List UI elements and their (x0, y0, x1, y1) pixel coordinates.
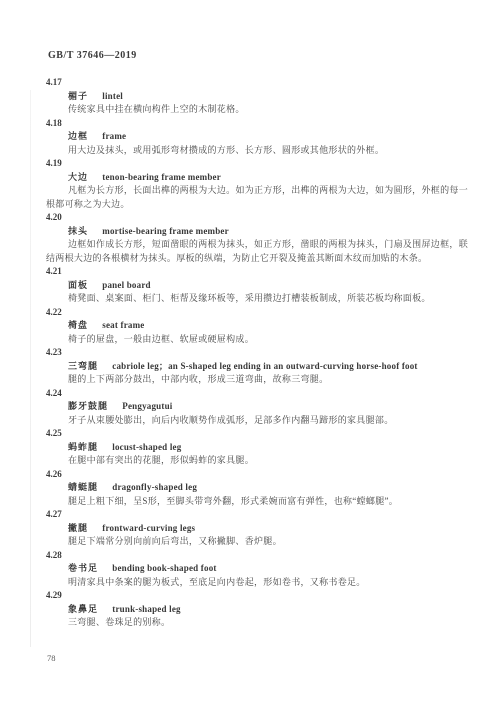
term-definition: 腿的上下两部分鼓出，中部内收，形成三道弯曲，故称三弯腿。 (46, 373, 468, 387)
term-english: lintel (102, 91, 123, 101)
term-title: 抹头 mortise-bearing frame member (68, 225, 468, 239)
term-number: 4.18 (46, 117, 468, 131)
term-number: 4.21 (46, 265, 468, 279)
term-entry: 4.21 面板 panel board 椅凳面、桌案面、柜门、柜帮及缘环板等，采… (46, 265, 468, 306)
term-chinese: 膨牙鼓腿 (68, 401, 108, 411)
term-definition: 椅凳面、桌案面、柜门、柜帮及缘环板等，采用攒边打槽装板制成，所装芯板均称面板。 (46, 292, 468, 306)
term-title: 膨牙鼓腿 Pengyagutui (68, 400, 468, 414)
term-title: 蜻蜓腿 dragonfly-shaped leg (68, 481, 468, 495)
term-definition: 在腿中部有突出的花腿，形似蚂蚱的家具腿。 (46, 454, 468, 468)
term-title: 面板 panel board (68, 279, 468, 293)
term-chinese: 三弯腿 (68, 361, 98, 371)
term-chinese: 蚂蚱腿 (68, 442, 98, 452)
term-english: dragonfly-shaped leg (112, 482, 197, 492)
term-title: 边框 frame (68, 130, 468, 144)
term-english: frontward-curving legs (102, 523, 195, 533)
term-title: 楣子 lintel (68, 90, 468, 104)
term-entry: 4.27 撇腿 frontward-curving legs 腿足下端常分别向前… (46, 508, 468, 549)
term-chinese: 边框 (68, 131, 88, 141)
term-english: bending book-shaped foot (112, 563, 216, 573)
term-number: 4.29 (46, 589, 468, 603)
term-title: 大边 tenon-bearing frame member (68, 171, 468, 185)
term-chinese: 象鼻足 (68, 604, 98, 614)
term-definition: 牙子从束腰处膨出，向后内收顺势作成弧形，足部多作内翻马蹄形的家具腿部。 (46, 414, 468, 428)
term-definition: 明清家具中条案的腿为板式，至底足向内卷起，形如卷书，又称书卷足。 (46, 576, 468, 590)
page-number: 78 (47, 653, 56, 663)
term-title: 椅盘 seat frame (68, 319, 468, 333)
term-entry: 4.24 膨牙鼓腿 Pengyagutui 牙子从束腰处膨出，向后内收顺势作成弧… (46, 387, 468, 428)
term-title: 三弯腿 cabriole leg；an S-shaped leg ending … (68, 360, 468, 374)
term-number: 4.17 (46, 76, 468, 90)
term-definition: 传统家具中挂在横向构件上空的木制花格。 (46, 103, 468, 117)
term-number: 4.19 (46, 157, 468, 171)
term-entry: 4.23 三弯腿 cabriole leg；an S-shaped leg en… (46, 346, 468, 387)
term-definition: 腿足上粗下细，呈S形，至脚头带弯外翻，形式柔婉而富有弹性，也称“螳螂腿”。 (46, 495, 468, 509)
term-entry: 4.26 蜻蜓腿 dragonfly-shaped leg 腿足上粗下细，呈S形… (46, 468, 468, 509)
term-definition: 三弯腿、卷珠足的别称。 (46, 616, 468, 630)
term-entry: 4.22 椅盘 seat frame 椅子的屉盘，一般由边框、软屉或硬屉构成。 (46, 306, 468, 347)
term-chinese: 卷书足 (68, 563, 98, 573)
term-entry: 4.25 蚂蚱腿 locust-shaped leg 在腿中部有突出的花腿，形似… (46, 427, 468, 468)
term-chinese: 椅盘 (68, 320, 88, 330)
term-title: 蚂蚱腿 locust-shaped leg (68, 441, 468, 455)
term-english: tenon-bearing frame member (102, 172, 221, 182)
term-number: 4.28 (46, 549, 468, 563)
term-definition: 腿足下端常分别向前向后弯出，又称撇脚、香炉腿。 (46, 535, 468, 549)
term-english: Pengyagutui (122, 401, 172, 411)
term-entry: 4.28 卷书足 bending book-shaped foot 明清家具中条… (46, 549, 468, 590)
term-english: cabriole leg；an S-shaped leg ending in a… (112, 361, 417, 371)
term-number: 4.24 (46, 387, 468, 401)
term-entry: 4.19 大边 tenon-bearing frame member 凡框为长方… (46, 157, 468, 211)
term-chinese: 大边 (68, 172, 88, 182)
standard-number-header: GB/T 37646—2019 (48, 50, 468, 61)
term-number: 4.25 (46, 427, 468, 441)
term-title: 象鼻足 trunk-shaped leg (68, 603, 468, 617)
term-definition: 椅子的屉盘，一般由边框、软屉或硬屉构成。 (46, 333, 468, 347)
term-title: 卷书足 bending book-shaped foot (68, 562, 468, 576)
term-number: 4.23 (46, 346, 468, 360)
term-english: locust-shaped leg (112, 442, 181, 452)
scan-artifact-line (30, 90, 31, 647)
term-number: 4.22 (46, 306, 468, 320)
term-number: 4.26 (46, 468, 468, 482)
document-page: GB/T 37646—2019 4.17 楣子 lintel 传统家具中挂在横向… (0, 0, 500, 707)
term-definition: 用大边及抹头，或用弧形弯材攒成的方形、长方形、圆形或其他形状的外框。 (46, 144, 468, 158)
term-number: 4.20 (46, 211, 468, 225)
term-english: panel board (102, 280, 150, 290)
term-chinese: 蜻蜓腿 (68, 482, 98, 492)
terms-list: 4.17 楣子 lintel 传统家具中挂在横向构件上空的木制花格。 4.18 … (46, 76, 468, 630)
term-english: seat frame (102, 320, 144, 330)
term-english: trunk-shaped leg (112, 604, 180, 614)
term-entry: 4.29 象鼻足 trunk-shaped leg 三弯腿、卷珠足的别称。 (46, 589, 468, 630)
term-entry: 4.20 抹头 mortise-bearing frame member 边框如… (46, 211, 468, 265)
term-chinese: 楣子 (68, 91, 88, 101)
term-chinese: 面板 (68, 280, 88, 290)
term-definition: 边框如作成长方形，短面凿眼的两根为抹头，如正方形，凿眼的两根为抹头，门扇及围屏边… (46, 238, 468, 265)
term-definition: 凡框为长方形，长面出榫的两根为大边。如为正方形，出榫的两根为大边，如为圆形，外框… (46, 184, 468, 211)
term-english: mortise-bearing frame member (102, 226, 229, 236)
term-title: 撇腿 frontward-curving legs (68, 522, 468, 536)
term-number: 4.27 (46, 508, 468, 522)
term-chinese: 抹头 (68, 226, 88, 236)
term-entry: 4.18 边框 frame 用大边及抹头，或用弧形弯材攒成的方形、长方形、圆形或… (46, 117, 468, 158)
term-english: frame (102, 131, 126, 141)
term-entry: 4.17 楣子 lintel 传统家具中挂在横向构件上空的木制花格。 (46, 76, 468, 117)
term-chinese: 撇腿 (68, 523, 88, 533)
